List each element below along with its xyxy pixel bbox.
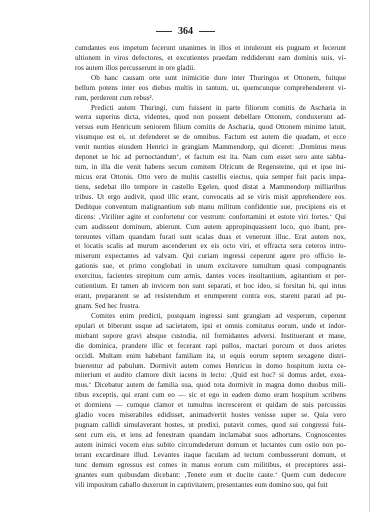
text-line: deponet se hic ad pernoctandum‘, et fact… (75, 153, 346, 163)
text-line: tunc demum egressus est comes in manus e… (75, 461, 346, 471)
page-header: 364 (0, 26, 371, 38)
page-number: 364 (178, 26, 193, 37)
text-line: die dominica, prandere illic et fecerant… (75, 342, 346, 352)
text-line: miterium et audito clamore dixit iacens … (75, 371, 346, 381)
text-line: erant, prepararent se ad resistendum et … (75, 292, 346, 302)
text-line: gnam. Sed hec frustra. (75, 302, 346, 312)
text-line: Predicti autem Thuringi, cum fuissent in… (75, 104, 346, 114)
paragraph: Comites enim predicti, postquam ingressi… (75, 312, 346, 491)
text-line: epulari et biberunt usque ad sacietatem,… (75, 322, 346, 332)
text-line: tiens, sedebat illo tempore in castello … (75, 183, 346, 193)
text-line: tum, in illa die venit habens secum comi… (75, 163, 346, 173)
text-line: cutientium. Et tamen ab invicem non sunt… (75, 282, 346, 292)
text-line: tereuntes villam quandam furati sunt sca… (75, 233, 346, 243)
text-line: sent cum eis, et iens ad fenestram quand… (75, 431, 346, 441)
text-line: venit nuntius eiusdem Henrici in grangia… (75, 143, 346, 153)
page-body-text: cumdantes eos impetum fecerunt unanimes … (75, 44, 346, 490)
text-line: Deditque conventum malignantium sub manu… (75, 203, 346, 213)
text-line: et locatis scalis ad murum ascenderunt e… (75, 242, 346, 252)
text-line: cum audissent dominum, abierunt. Cum aut… (75, 223, 346, 233)
text-line: versus eum Henricum seniorem filium comi… (75, 123, 346, 133)
paragraph: Predicti autem Thuringi, cum fuissent in… (75, 104, 346, 312)
text-line: terant excardinare illud. Levantes itaqu… (75, 451, 346, 461)
header-dash-left (156, 31, 172, 32)
text-line: dicens: ‚Viriliter agite et confortetur … (75, 213, 346, 223)
text-line: ultionem in viros defectores, et excutie… (75, 54, 346, 64)
text-line: miserunt expectantes ad valvam. Qui curi… (75, 252, 346, 262)
text-line: visumque est ei, ut defenderet se de omn… (75, 133, 346, 143)
text-line: vili impositum caballo duxerunt in capti… (75, 481, 346, 491)
text-line: miebant sopore gravi absque custodia, ni… (75, 332, 346, 342)
text-line: gationis sue, et primo conglobati in unu… (75, 262, 346, 272)
text-line: Ob hanc causam orte sunt inimicitie dure… (75, 74, 346, 84)
paragraph: cumdantes eos impetum fecerunt unanimes … (75, 44, 346, 74)
header-dash-right (199, 31, 215, 32)
text-line: pugnam callidi simulaverant hostes, ut p… (75, 421, 346, 431)
text-line: cumdantes eos impetum fecerunt unanimes … (75, 44, 346, 54)
text-line: autem inimici vocem eius subito circumde… (75, 441, 346, 451)
text-line: exercitus, facientes strepitum cum armis… (75, 272, 346, 282)
text-line: werra superius dicta, videntes, quod non… (75, 113, 346, 123)
text-line: bellum potens inter eos diebus multis in… (75, 84, 346, 94)
text-line: Comites enim predicti, postquam ingressi… (75, 312, 346, 322)
page-edge (369, 0, 370, 512)
text-line: tibus exceptis, qui erant cum eo — sic e… (75, 391, 346, 401)
text-line: tribus. Ut ergo audivit, quod illic eran… (75, 193, 346, 203)
text-line: buerentur ad pabulum. Dormivit autem com… (75, 362, 346, 372)
text-line: micus erat Ottonis. Otto vero de multis … (75, 173, 346, 183)
text-line: mus.‘ Dicebatur autem de familia sua, qu… (75, 381, 346, 391)
paragraph: Ob hanc causam orte sunt inimicitie dure… (75, 74, 346, 104)
text-line: gnantes eum quibusdam dicebant: ‚Tenete … (75, 471, 346, 481)
text-line: ros autem illos percusserunt in ore glad… (75, 64, 346, 74)
text-line: et dormiens — cumque clamor et tumultus … (75, 401, 346, 411)
text-line: occidi. Multam enim habebant familiam it… (75, 352, 346, 362)
text-line: rum, perderent cum rebus². (75, 94, 346, 104)
text-line: gladio voces miserabiles edidisset, anim… (75, 411, 346, 421)
